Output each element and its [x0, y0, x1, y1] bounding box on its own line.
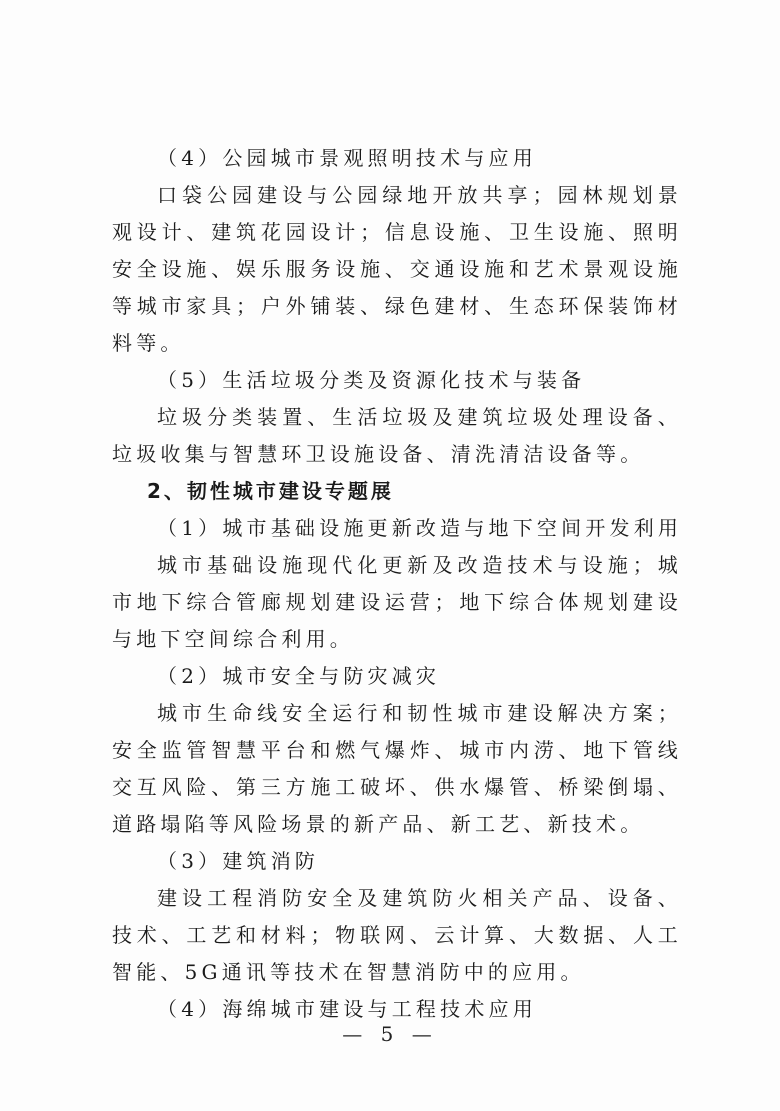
- paragraph-building-fire: 建设工程消防安全及建筑防火相关产品、设备、技术、工艺和材料；物联网、云计算、大数…: [112, 880, 682, 991]
- paragraph-park-lighting: 口袋公园建设与公园绿地开放共享；园林规划景观设计、建筑花园设计；信息设施、卫生设…: [112, 177, 682, 362]
- paragraph-waste-sorting: 垃圾分类装置、生活垃圾及建筑垃圾处理设备、垃圾收集与智慧环卫设施设备、清洗清洁设…: [112, 399, 682, 473]
- paragraph-infrastructure-renewal: 城市基础设施现代化更新及改造技术与设施；城市地下综合管廊规划建设运营；地下综合体…: [112, 547, 682, 658]
- subheading-building-fire: （3）建筑消防: [112, 843, 682, 880]
- subheading-urban-safety: （2）城市安全与防灾减灾: [112, 658, 682, 695]
- section-heading-resilient-city: 2、韧性城市建设专题展: [112, 473, 682, 510]
- page-content: （4）公园城市景观照明技术与应用 口袋公园建设与公园绿地开放共享；园林规划景观设…: [112, 140, 682, 1028]
- subheading-park-lighting: （4）公园城市景观照明技术与应用: [112, 140, 682, 177]
- paragraph-urban-safety: 城市生命线安全运行和韧性城市建设解决方案；安全监管智慧平台和燃气爆炸、城市内涝、…: [112, 695, 682, 843]
- document-page: （4）公园城市景观照明技术与应用 口袋公园建设与公园绿地开放共享；园林规划景观设…: [0, 0, 780, 1111]
- page-number: — 5 —: [0, 1022, 780, 1046]
- subheading-infrastructure-renewal: （1）城市基础设施更新改造与地下空间开发利用: [112, 510, 682, 547]
- subheading-waste-sorting: （5）生活垃圾分类及资源化技术与装备: [112, 362, 682, 399]
